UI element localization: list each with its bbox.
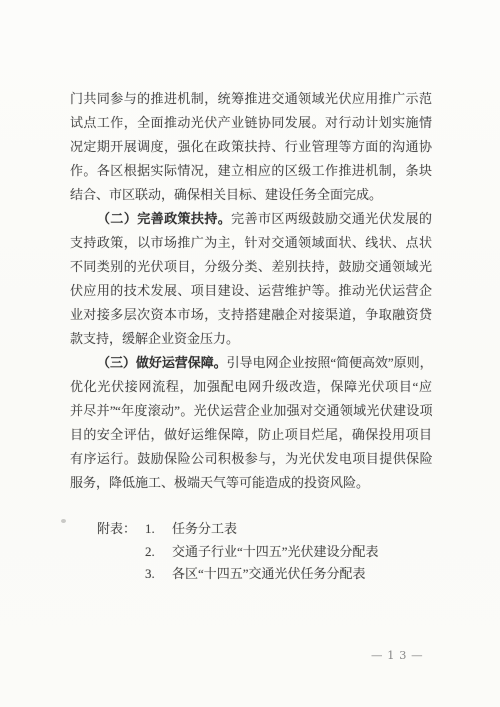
body-line: 作。各区根据实际情况，建立相应的区级工作推进机制，条块 (70, 159, 432, 183)
body-line: 伏应用的技术发展、项目建设、运营维护等。推动光伏运营企 (70, 279, 432, 303)
appendix-row: 2.交通子行业“十四五”光伏建设分配表 (97, 541, 432, 564)
body-line: 有序运行。鼓励保险公司积极参与，为光伏发电项目提供保险 (70, 447, 432, 471)
body-line: 服务，降低施工、极端天气等可能造成的投资风险。 (70, 471, 432, 495)
appendix-item-title: 各区“十四五”交通光伏任务分配表 (172, 566, 366, 581)
section-heading-3: （三）做好运营保障。 (97, 355, 227, 370)
body-line: 况定期开展调度，强化在政策扶持、行业管理等方面的沟通协 (70, 135, 432, 159)
appendix-item-number: 2. (145, 541, 172, 564)
body-line: 并尽并”“年度滚动”。光伏运营企业加强对交通领域光伏建设项 (70, 399, 432, 423)
body-line: （三）做好运营保障。引导电网企业按照“简便高效”原则， (70, 351, 432, 375)
appendix-row: 附表：1.任务分工表 (97, 518, 432, 541)
body-line: 目的安全评估，做好运维保障，防止项目烂尾，确保投用项目 (70, 423, 432, 447)
page-number: — 1 3 — (371, 648, 423, 662)
appendix-row: 3.各区“十四五”交通光伏任务分配表 (97, 563, 432, 586)
body-line: 结合、市区联动，确保相关目标、建设任务全面完成。 (70, 183, 432, 207)
appendix: 附表：1.任务分工表 2.交通子行业“十四五”光伏建设分配表 3.各区“十四五”… (70, 518, 432, 586)
body-line: 业对接多层次资本市场，支持搭建融企对接渠道，争取融资贷 (70, 303, 432, 327)
document-body: 门共同参与的推进机制，统筹推进交通领域光伏应用推广示范 试点工作，全面推动光伏产… (70, 87, 432, 586)
appendix-item-number: 1. (145, 518, 172, 541)
appendix-item-title: 交通子行业“十四五”光伏建设分配表 (172, 544, 379, 559)
body-line: 款支持，缓解企业资金压力。 (70, 327, 432, 351)
body-line: 优化光伏接网流程，加强配电网升级改造，保障光伏项目“应 (70, 375, 432, 399)
appendix-label: 附表： (97, 518, 145, 541)
heading-line-rest: 完善市区两级鼓励交通光伏发展的 (231, 211, 432, 226)
appendix-item-title: 任务分工表 (172, 521, 237, 536)
body-line: （二）完善政策扶持。完善市区两级鼓励交通光伏发展的 (70, 207, 432, 231)
body-line: 不同类别的光伏项目，分级分类、差别扶持，鼓励交通领域光 (70, 255, 432, 279)
appendix-item-number: 3. (145, 563, 172, 586)
document-page: 门共同参与的推进机制，统筹推进交通领域光伏应用推广示范 试点工作，全面推动光伏产… (0, 0, 500, 707)
heading-line-rest: 引导电网企业按照“简便高效”原则， (227, 355, 432, 370)
scan-speck (61, 519, 66, 523)
body-line: 试点工作，全面推动光伏产业链协同发展。对行动计划实施情 (70, 111, 432, 135)
body-line: 支持政策，以市场推广为主，针对交通领域面状、线状、点状 (70, 231, 432, 255)
body-line: 门共同参与的推进机制，统筹推进交通领域光伏应用推广示范 (70, 87, 432, 111)
section-heading-2: （二）完善政策扶持。 (97, 211, 231, 226)
